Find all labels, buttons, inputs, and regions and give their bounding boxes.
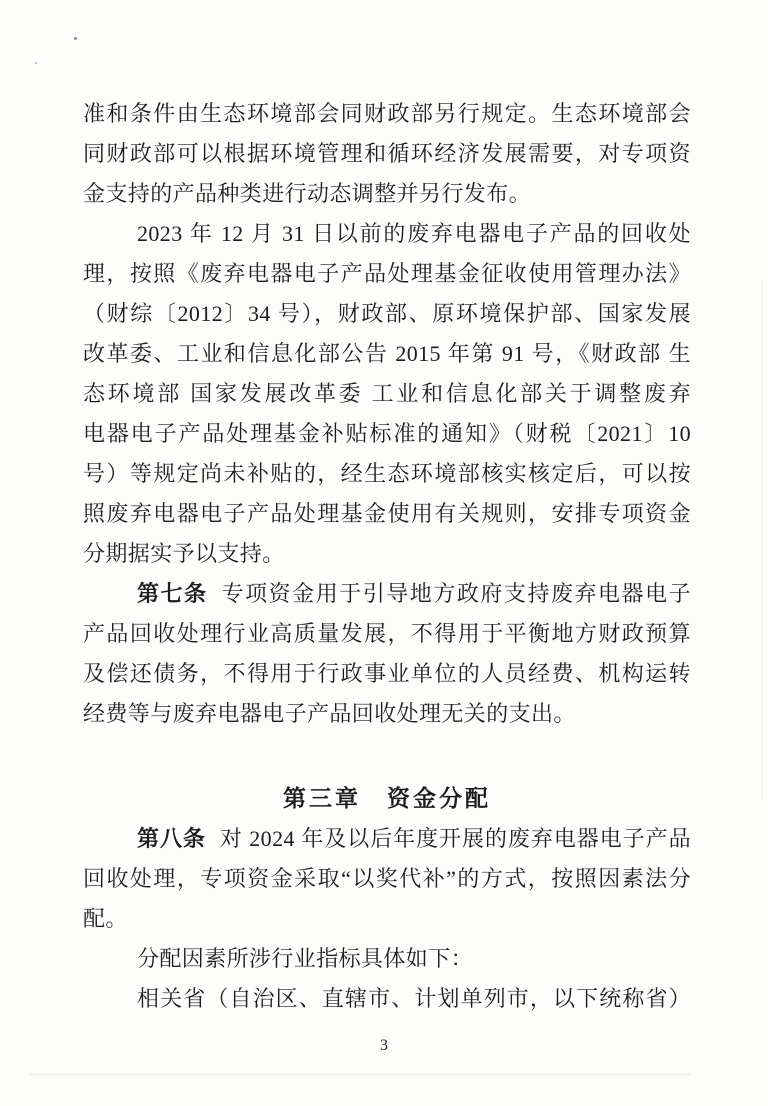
scan-artifact-band <box>30 1073 690 1076</box>
text-line: 态环境部 国家发展改革委 工业和信息化部关于调整废弃 <box>83 374 691 414</box>
line-text: 专项资金用于引导地方政府支持废弃电器电子 <box>222 581 691 606</box>
text-line: 配。 <box>83 899 691 939</box>
text-line: 同财政部可以根据环境管理和循环经济发展需要，对专项资 <box>83 134 691 174</box>
text-line: 分期据实予以支持。 <box>83 534 691 574</box>
text-line: 及偿还债务，不得用于行政事业单位的人员经费、机构运转 <box>83 654 691 694</box>
article-number-bold: 第八条 <box>137 826 206 851</box>
text-line: 照废弃电器电子产品处理基金使用有关规则，安排专项资金 <box>83 494 691 534</box>
text-line: 经费等与废弃电器电子产品回收处理无关的支出。 <box>83 694 691 734</box>
text-line-article-7: 第七条专项资金用于引导地方政府支持废弃电器电子 <box>83 574 691 614</box>
text-line: 准和条件由生态环境部会同财政部另行规定。生态环境部会 <box>83 94 691 134</box>
line-text: 对 2024 年及以后年度开展的废弃电器电子产品 <box>220 826 691 851</box>
document-body: 准和条件由生态环境部会同财政部另行规定。生态环境部会 同财政部可以根据环境管理和… <box>83 94 691 1019</box>
scanned-document-page: 准和条件由生态环境部会同财政部另行规定。生态环境部会 同财政部可以根据环境管理和… <box>0 0 768 1106</box>
page-number: 3 <box>0 1036 768 1056</box>
chapter-heading: 第三章 资金分配 <box>83 779 691 819</box>
text-line: 金支持的产品种类进行动态调整并另行发布。 <box>83 174 691 214</box>
text-line: 分配因素所涉行业指标具体如下： <box>83 939 691 979</box>
text-line: 回收处理，专项资金采取“以奖代补”的方式，按照因素法分 <box>83 859 691 899</box>
text-line-article-8: 第八条对 2024 年及以后年度开展的废弃电器电子产品 <box>83 819 691 859</box>
article-number-bold: 第七条 <box>137 581 208 606</box>
text-line: 2023 年 12 月 31 日以前的废弃电器电子产品的回收处 <box>83 214 691 254</box>
text-line: 电器电子产品处理基金补贴标准的通知》（财税〔2021〕10 <box>83 414 691 454</box>
scan-speck <box>35 62 37 64</box>
text-line: 改革委、工业和信息化部公告 2015 年第 91 号，《财政部 生 <box>83 334 691 374</box>
text-line: 理，按照《废弃电器电子产品处理基金征收使用管理办法》 <box>83 254 691 294</box>
text-line: 号）等规定尚未补贴的，经生态环境部核实核定后，可以按 <box>83 454 691 494</box>
scan-artifact-line <box>762 280 763 800</box>
text-line: 相关省（自治区、直辖市、计划单列市，以下统称省） <box>83 979 691 1019</box>
text-line: 产品回收处理行业高质量发展，不得用于平衡地方财政预算 <box>83 614 691 654</box>
scan-speck <box>74 37 77 40</box>
text-line: （财综〔2012〕34 号），财政部、原环境保护部、国家发展 <box>83 294 691 334</box>
